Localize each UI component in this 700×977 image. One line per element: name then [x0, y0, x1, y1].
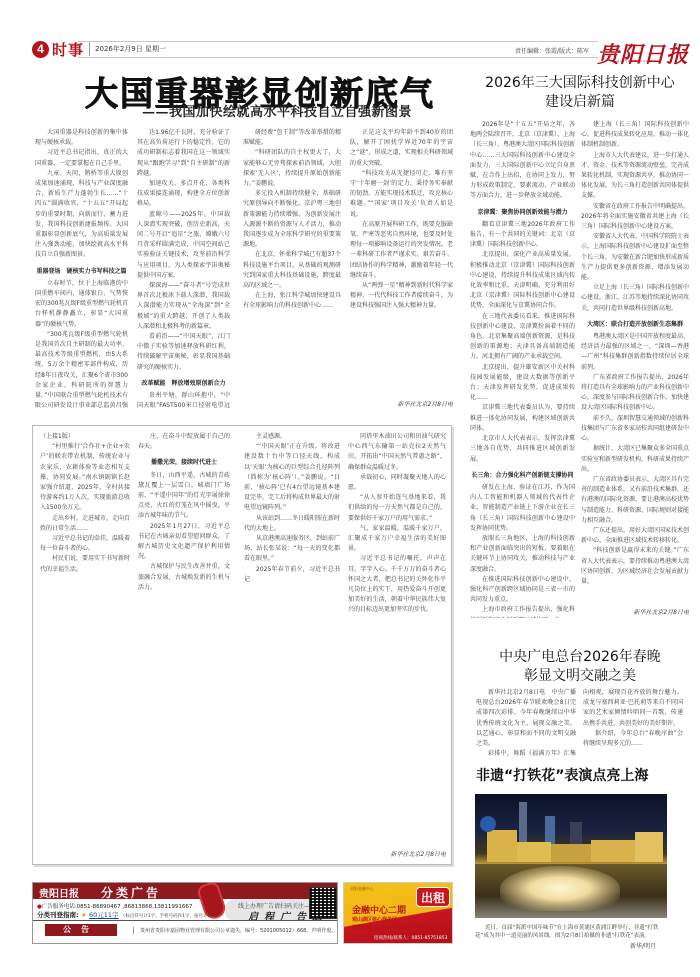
side-headline-line1: 2026年三大国际科技创新中心 — [470, 74, 690, 93]
paragraph: 建上海（长三角）国际科技创新中心，促进科技成果转化应用，推动一体化体制机制创新。 — [581, 120, 689, 151]
paragraph: “‘中国天眼’正在升级，将改进建设数十台中等口径天线，构成以‘天眼’为核心的巨型… — [244, 442, 340, 513]
newspaper-logo-sub: GUIYANG DAILY — [617, 59, 653, 63]
continued-label: （上接1版） — [40, 432, 130, 442]
paragraph: 据介绍，今年总台“春晚序曲”会将继续呈现多元的…… — [583, 729, 683, 749]
story2-headline-line1: 中央广电总台2026年春晚 — [470, 648, 690, 667]
classified-ad-logo: 贵阳日报 — [39, 885, 79, 900]
paragraph: 九章、天问、鹊桥等重大原创成果加速涌现，科技与产业深度融合，新质生产力蓬勃生长…… — [35, 169, 128, 261]
story-byline: 新华社北京2月8日电 — [397, 400, 453, 410]
notice-text: 贵州省贵阳市嘉园物业管理有限公司公章遗失，编号：5201005012）668，声… — [133, 927, 336, 934]
paragraph: 在北京，怀柔科学城已有超37个科技设施平台项目，从基础的观测研究到国家重大科技基… — [243, 250, 341, 291]
feature-column-4: 同塔里木油田公司和田油气研究中心西气东输第一站克拉2天然气田，开拓出“中国天然气… — [348, 432, 446, 860]
paragraph: 达1.96亿千瓦时，充分验证了其在高负荷运行下的稳定性。它的成功研制标志着我国在… — [137, 128, 230, 179]
rental-ad-title: 金融中心二期 — [352, 903, 406, 916]
paragraph: 广东省政府工作报告提出，2026年将打造具有全球影响力的产业科技创新中心，深度参… — [581, 373, 689, 414]
paragraph: 北京提出，深化产业高质量发展，积极推动北京（京津冀）国际科技创新中心建设，持续提… — [470, 250, 575, 311]
paragraph: 村民们说，要用实干书写新时代的幸福生活。 — [40, 554, 130, 574]
paragraph: 从京港澳高速服务区，到站前广场，站长张某说：“每一天的变化都看在眼里。” — [244, 534, 340, 565]
paragraph: 在上海，张江科学城加快建设具有全球影响力的科技创新中心…… — [243, 291, 341, 311]
rental-ad-area: 面积128.31平方米至253.56平方米 — [352, 924, 436, 931]
section-subhead: 播撒光荣，接续时代进士 — [138, 458, 230, 468]
story2-column-2: 向相观，展现百花齐放的舞台魅力。成龙与塞西莉亚·巴托莉等来自不同国家的艺术家倾情… — [583, 688, 683, 758]
paragraph: 走出乡村，走进城市，走向百姓的日常生活…… — [40, 514, 130, 534]
paragraph: 多元投入机制持续健全，基础研究原创导向不断强化，京沪粤三地创新策源能力持续增强，… — [243, 189, 341, 250]
paragraph: 立足上海（长三角）国际科技创新中心建设，浙江、江苏等地持续深化协同攻关，共同打造… — [581, 283, 689, 314]
paragraph: 2025年1月27日，习近平总书记在古城亲切看望慰问群众，了解古城历史文化遗产保… — [138, 522, 230, 563]
news-photo — [475, 794, 667, 918]
pricing-label: 分类刊登指南: — [37, 911, 79, 919]
section-subhead: 长三角：合力强化科产创新链支撑协同 — [470, 471, 575, 481]
feature-column-2: 庄，在奋斗中绽放属于自己的春天。 播撒光荣，接续时代进士 冬日，山西平遥，古城的… — [138, 432, 230, 860]
classified-ad-title: 分类广告 — [101, 884, 161, 901]
lead-column-2: 达1.96亿千瓦时，充分验证了其在高负荷运行下的稳定性。它的成功研制标志着我国在… — [137, 128, 230, 410]
paragraph: 安徽省在政府工作报告中明确提出，2026年将全面实施安徽省共建上海（长三角）国际… — [581, 202, 689, 233]
paragraph: 习近平总书记的牵挂，温暖着每一位奋斗者的心。 — [40, 534, 130, 554]
paragraph: 放眼长三角地区，上海的科技创新和产业创新面临突出的短板，要着眼在关键环节上协同攻… — [470, 534, 575, 575]
paragraph: 庄，在奋斗中绽放属于自己的春天。 — [138, 432, 230, 452]
paragraph: 在高原开展科研工作，既要克服缺氧、严寒等恶劣自然环境，也要及时处理每一项影响设备… — [350, 220, 453, 281]
photo-building — [517, 842, 551, 862]
page-header: 4 时事 2026年2月9日 星期一 — [32, 40, 322, 58]
story-byline: 新华社北京2月8日电 — [390, 850, 446, 860]
paragraph: 承载初心，同时凝聚天地人的心愿。 — [348, 473, 446, 493]
section-subhead: 重器登场 硬核实力书写科技之篇 — [35, 267, 128, 277]
paragraph: 蓝鲸号——2025年，中国载人深潜实现突破，创历史新高，天问二号开启“追星”之旅… — [137, 210, 230, 281]
section-subhead: 改革赋能 释放增效原创新合力 — [137, 379, 230, 389]
paragraph: 安徽省人大代表、中国科学院院士表示，上海国际科技创新中心建设扩面至整个长三角，为… — [581, 232, 689, 283]
side-column-2: 建上海（长三角）国际科技创新中心，促进科技成果转化应用，推动一体化体制机制创新。… — [581, 120, 689, 618]
pricing-note: （标点符号计1字，手机号码作1字，座号计1字） — [121, 914, 220, 919]
paragraph: 上海市政府工作报告提出，强化科技创新和产业创新跨区域协同，共 — [470, 605, 575, 618]
paragraph: 探深海——“奋斗者”号完成世界首次北极冰下载人深潜，我国载人深潜能力实现从“全海… — [137, 281, 230, 332]
photo-iron-flower-sparks — [500, 866, 620, 911]
photo-building — [591, 840, 635, 862]
paragraph: 习近平总书记的嘱托，声声在耳，字字入心。千千万万的奋斗者心怀国之大者，把总书记的… — [348, 554, 446, 615]
paragraph: 正是这支平均年龄不到40岁的团队，解开了困扰学界近70年的宇宙之“谜”，形成之道… — [350, 128, 453, 169]
notice-label: 公告 — [45, 924, 117, 936]
rental-ad-badge: 出租 — [416, 887, 450, 907]
feature-column-1: （上接1版） “村里推行‘合作社+企业+农户’的联农带农机制，传统农业与农家乐、… — [40, 432, 130, 860]
paragraph: “科技创新是赢得未来的关键。”广东省人大代表表示，要持续推动粤港澳大湾区协同创新… — [581, 546, 689, 587]
paragraph: 2026年是“十五五”开局之年，各地两会陆续召开，北京（京津冀）、上海（长三角）… — [470, 120, 575, 202]
paragraph: 从“两弹一星”精神到新时代科学家精神，一代代科技工作者接续奋斗，为建设科技强国注… — [350, 281, 453, 312]
paragraph: 立春时节，位于上海临港的中国重燃车间内，通体银白、气势恢宏的300兆瓦级F级重型… — [35, 279, 128, 330]
lead-column-4: 正是这支平均年龄不到40岁的团队，解开了困扰学界近70年的宇宙之“谜”，形成之道… — [350, 128, 453, 410]
paragraph: 在推进国际科技创新中心建设中，强化科产创新跨区域协同是三省一市的共同发力重点。 — [470, 575, 575, 606]
paragraph: “300兆瓦级F级重型燃气轮机是我国首次自主研制的最大功率、最高技术等级重型燃机… — [35, 330, 128, 410]
rental-ad-hotline: 招商热线/联系人：0851-85751853 — [374, 935, 448, 941]
paragraph: 北京市人大代表表示，发挥京津冀三地各自优势，共同推进区域创新发展。 — [470, 434, 575, 465]
paragraph: “从人参开始连气基地来看，我们供给的每一方天然气都是自己的，要保供好千家万户的用… — [348, 493, 446, 524]
issue-date: 2026年2月9日 星期一 — [95, 44, 166, 54]
paragraph: 粤港澳大湾区是中国开放程度最高、经济活力最强的区域之一，“深圳—香港—广州”科技… — [581, 332, 689, 373]
paragraph: 看前沿——“中国天眼”，江门中微子实验等加速释放科研红利，持续破解宇宙奥秘，彰显… — [137, 332, 230, 373]
classified-ad-pricing: 分类刊登指南: ★ 60元11字 （标点符号计1字，手机号码作1字，座号计1字） — [37, 910, 219, 919]
classified-ad: 贵阳日报 分类广告 线上办理广告请扫码关注—— 启程广告通 ●广告服务电话:08… — [32, 882, 338, 944]
newspaper-logo: 贵阳日报 — [597, 38, 689, 69]
paragraph: 加速攻关、多点开花，各类科技成果接连涌现，构建全方位创新格局。 — [137, 179, 230, 210]
star-icon: ★ — [81, 911, 87, 919]
newspaper-page: 4 时事 2026年2月9日 星期一 责任编辑：张霞/版式：陈军 贵阳日报 GU… — [0, 0, 700, 977]
photo-tower — [519, 802, 527, 847]
paragraph: “科技攻关从无捷径可走，唯有坚守‘十年磨一剑’的定力，秉持务实奉献的韧劲，方能实… — [350, 169, 453, 220]
paragraph: 大国重器是科技创新的集中体现与硬核承载。 — [35, 128, 128, 148]
paragraph: 北京提出，提升雄安新区中关村科技园发展能级，建设大数据等创新平台；天津发挥研发优… — [470, 363, 575, 404]
header-rule-bottom — [78, 57, 598, 58]
paragraph: 彩排中，舞蹈《福满万年》汇集了多地民间舞蹈元素，展现中华文化多元一体的格局…… — [476, 749, 576, 758]
paragraph: 向相观，展现百花齐放的舞台魅力。成龙与塞西莉亚·巴托莉等来自不同国家的艺术家倾情… — [583, 688, 683, 729]
section-subhead: 京津冀：聚焦协同创新效能与潜力 — [470, 208, 575, 218]
side-column-1: 2026年是“十五五”开局之年，各地两会陆续召开，北京（京津冀）、上海（长三角）… — [470, 120, 575, 618]
paragraph: “村里推行‘合作社+企业+农户’的联农带农机制，传统农业与农家乐、农耕体验等业态… — [40, 442, 130, 513]
photo-story-headline: 非遗“打铁花”表演点亮上海 — [476, 765, 648, 785]
pricing-value: 60元11字 — [89, 911, 119, 919]
rental-ad: 贵阳金融中心 出租 金融中心二期 观山湖区核心商务区 面积128.31平方米至2… — [343, 882, 453, 944]
paragraph: 在三地代表委员看来，推进国际科技创新中心建设，京津冀扮演着不同的角色。北京集聚高… — [470, 312, 575, 363]
story2-headline-line2: 彰显文明交融之美 — [470, 667, 690, 686]
lead-subheadline: ——我国加快绘就高水平科技自立自强新图景 — [142, 101, 412, 120]
paragraph: 上海市人大代表建议，进一步打通人才、资金、技术等资源流动壁垒，完善成果转化机制，… — [581, 151, 689, 202]
classified-ad-divider — [33, 920, 338, 921]
paragraph: 从该站到……冬日暖阳照在新时代的大地上。 — [244, 514, 340, 534]
paragraph: 京津冀三地代表委员认为，要持续推进一体化协同发展，构建区域创新共同体。 — [470, 403, 575, 434]
classified-ad-contact: ●广告服务电话:0851-86890467 ,86813868,13811991… — [37, 902, 192, 910]
paragraph: 据统计，大湾区已集聚众多全国重点实验室和新型研发机构，科研成果持续产出。 — [581, 444, 689, 475]
paragraph: 同塔里木油田公司和田油气研究中心西气东输第一站克拉2天然气田，开拓出“中国天然气… — [348, 432, 446, 473]
story2-headline: 中央广电总台2026年春晚 彰显文明交融之美 — [470, 648, 690, 686]
photo-credit: 新华/明月 — [630, 941, 656, 950]
paragraph: 主灵感源。 — [244, 432, 340, 442]
paragraph: 新华社北京2月8日电 中央广播电视总台2026年春节联欢晚会8日完成第四次彩排。… — [476, 688, 576, 749]
page-number-badge: 4 — [32, 41, 49, 58]
paragraph: 2025年春节前夕，习近平总书记 — [244, 565, 340, 585]
photo-building — [635, 832, 663, 862]
paragraph: 广东省政协委员表示，大湾区具有完善的制造业体系，又有前沿技术集群，还有港澳的国际… — [581, 475, 689, 526]
paragraph: 前不久，深圳智慧交通领域的创新科技集团与广东省多家高校共同组建研发中心。 — [581, 414, 689, 445]
photo-building — [551, 844, 591, 862]
photo-caption: 近日，首届“海派中国年味节”在上海市黄浦区黄浦江畔举行，非遗“打铁花”成为其中一… — [475, 924, 667, 940]
rental-ad-location: 观山湖区核心商务区 — [352, 916, 397, 923]
paragraph: 翻看京津冀三地2026年政府工作报告，有一个共同的关键词：北京（京津冀）国际科技… — [470, 220, 575, 251]
paragraph: 研经费“包干制”等改革举措的精准赋能。 — [243, 128, 341, 148]
paragraph: 古城保护与民生改善并重，文旅融合发展，古城焕发新的生机与活力。 — [138, 562, 230, 593]
section-subhead: 大湾区：联合打造开放创新生态集群 — [581, 320, 689, 330]
photo-building — [487, 830, 517, 862]
paragraph: 贵州平塘，群山环抱中，“中国天眼”FAST500米口径射电望远镜如同一只深耳巨眼… — [137, 391, 230, 410]
editor-credit: 责任编辑：张霞/版式：陈军 — [515, 46, 589, 55]
paragraph: 研发在上海，验证在江苏，作为国内人工智能和机器人领域的代表性企业，智能制造产业链… — [470, 483, 575, 534]
paragraph: 冬日，山西平遥，古城的青砖黛瓦覆上一层雪白。城墙门广场前，“平遥中国年”的灯光字… — [138, 471, 230, 522]
lead-column-3: 研经费“包干制”等改革举措的精准赋能。 “科研团队的自主权更大了，大家能够心无旁… — [243, 128, 341, 410]
qr-code-icon[interactable] — [309, 887, 337, 919]
paragraph: 习近平总书记指出，真正的大国重器，一定要掌握在自己手里。 — [35, 148, 128, 168]
story-byline: 新华社北京2月8日电 — [633, 608, 689, 618]
lead-column-1: 大国重器是科技创新的集中体现与硬核承载。 习近平总书记指出，真正的大国重器，一定… — [35, 128, 128, 410]
rental-ad-brand: 贵阳金融中心 — [350, 886, 374, 892]
paragraph: “科研团队的自主权更大了，大家能够心无旁骛探索前沿领域，大胆探索‘无人区’，持续… — [243, 148, 341, 189]
header-divider — [89, 42, 90, 56]
feature-column-3: 主灵感源。 “‘中国天眼’正在升级，将改进建设数十台中等口径天线，构成以‘天眼’… — [244, 432, 340, 860]
paragraph: 气，家家温暖，温暖千家万户，汇聚成千家万户幸福生活的美好图景。 — [348, 524, 446, 555]
header-rule-top — [78, 41, 598, 42]
story2-column-1: 新华社北京2月8日电 中央广播电视总台2026年春节联欢晚会8日完成第四次彩排。… — [476, 688, 576, 758]
photo-watermark-icon — [480, 816, 496, 832]
side-story-headline: 2026年三大国际科技创新中心 建设启新篇 — [470, 74, 690, 112]
paragraph: 广东还提出，用好大湾区国家技术创新中心，全面推进区域技术转移转化。 — [581, 526, 689, 546]
side-headline-line2: 建设启新篇 — [470, 93, 690, 112]
